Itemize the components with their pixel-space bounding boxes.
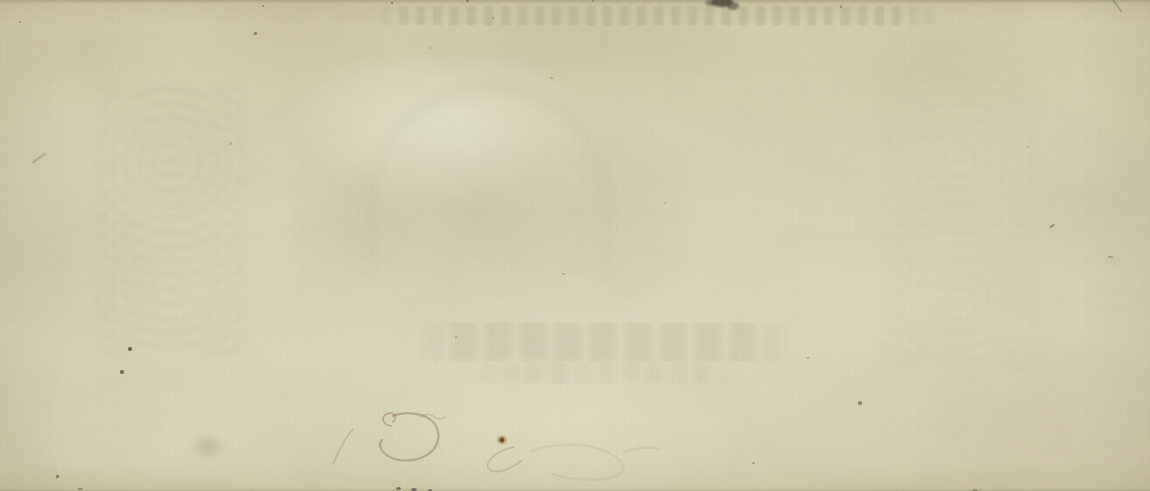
foxing-speck	[562, 273, 565, 275]
foxing-speck	[466, 0, 469, 2]
foxing-speck	[78, 488, 83, 490]
foxing-speck	[664, 202, 666, 204]
foxing-speck	[550, 77, 553, 79]
foxing-speck	[411, 488, 417, 491]
foxing-speck	[592, 0, 594, 2]
foxing-speck	[1027, 146, 1029, 148]
banknote-reverse-scan	[0, 0, 1150, 491]
foxing-specks-layer	[0, 0, 1150, 491]
foxing-speck	[128, 347, 132, 351]
foxing-speck	[56, 475, 59, 478]
foxing-speck	[807, 357, 809, 359]
foxing-speck	[858, 401, 862, 405]
foxing-speck	[492, 17, 494, 19]
foxing-speck	[391, 2, 393, 4]
foxing-speck	[396, 487, 401, 490]
foxing-speck	[120, 370, 124, 374]
foxing-speck	[229, 142, 232, 145]
foxing-speck	[429, 47, 431, 49]
foxing-speck	[254, 32, 257, 35]
foxing-speck	[840, 5, 842, 8]
foxing-speck	[262, 5, 264, 7]
foxing-speck	[752, 462, 755, 464]
foxing-speck	[455, 336, 457, 338]
foxing-speck	[1107, 256, 1112, 258]
foxing-speck	[19, 21, 21, 23]
foxing-speck	[1049, 223, 1055, 228]
